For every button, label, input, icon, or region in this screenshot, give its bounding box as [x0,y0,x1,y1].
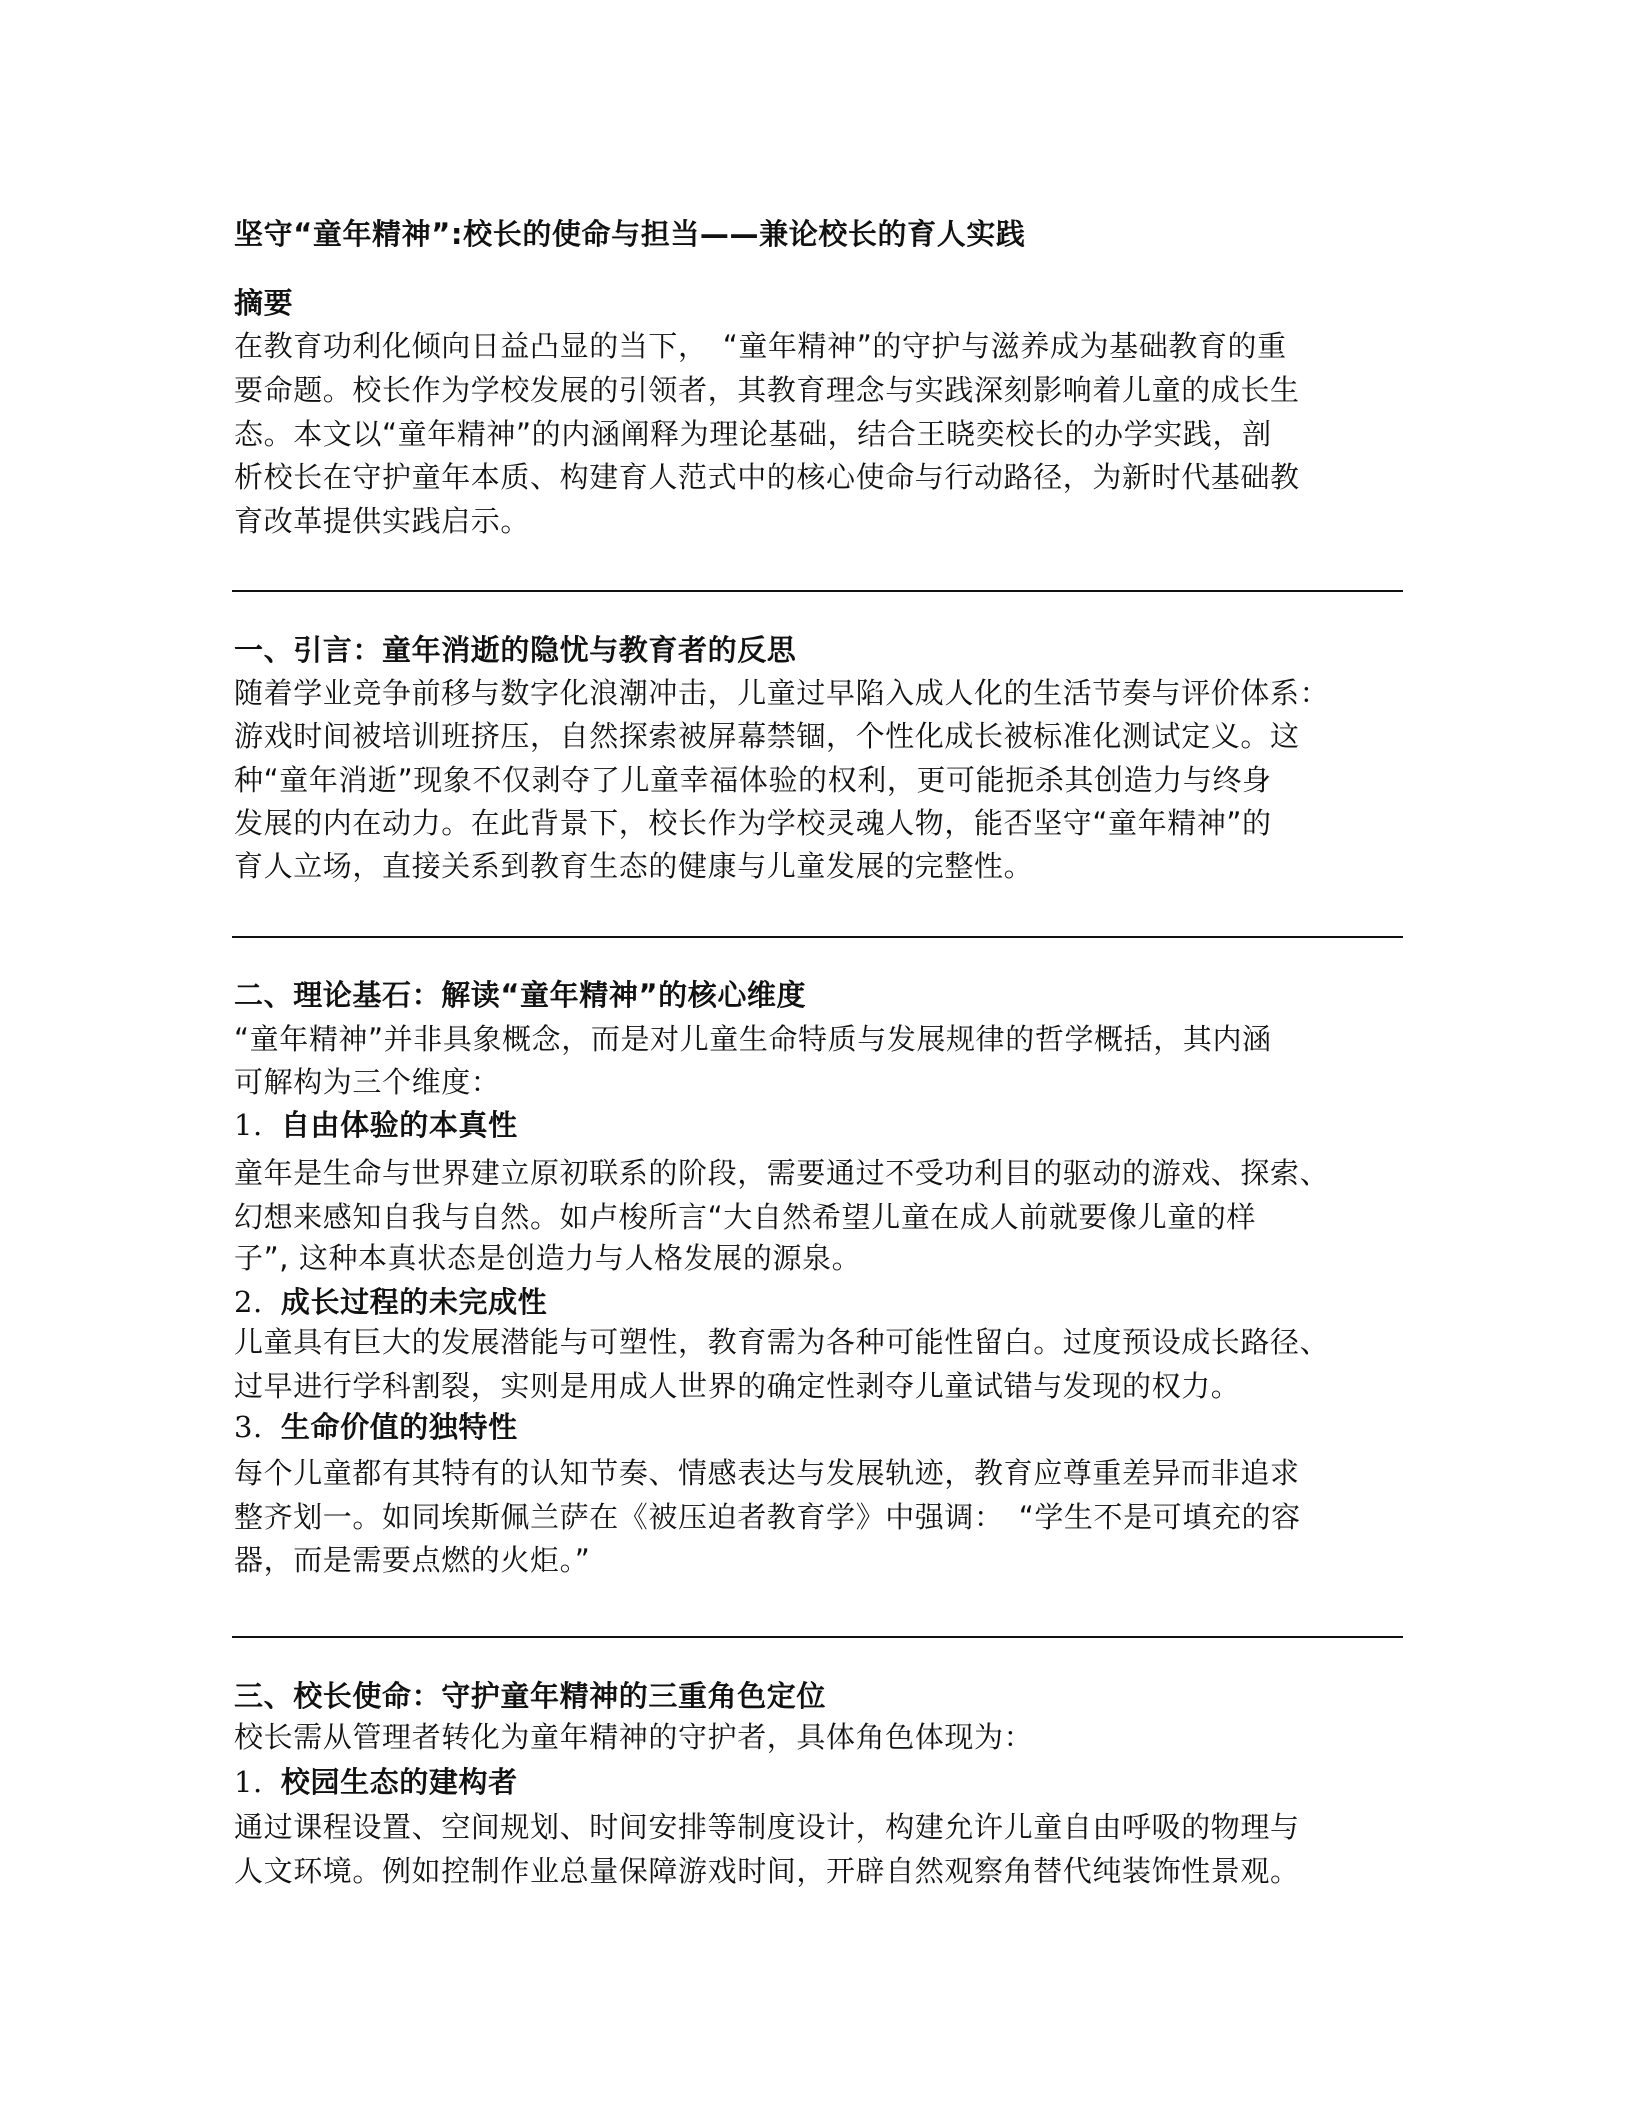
section3-intro-line: 校长需从管理者转化为童年精神的守护者，具体角色体现为： [234,1719,1414,1755]
section3-item-line: 人文环境。例如控制作业总量保障游戏时间，开辟自然观察角替代纯装饰性景观。 [234,1853,1414,1889]
section1-heading: 一、引言：童年消逝的隐忧与教育者的反思 [234,632,1414,668]
abstract-heading: 摘要 [234,285,1414,321]
document-page: 坚守“童年精神”:校长的使命与担当——兼论校长的育人实践 摘要 在教育功利化倾向… [0,0,1631,2112]
section2-item-heading: 1.自由体验的本真性 [234,1107,1414,1143]
section2-intro-line: “童年精神”并非具象概念，而是对儿童生命特质与发展规律的哲学概括，其内涵 [234,1021,1414,1057]
section2-item-line: 整齐划一。如同埃斯佩兰萨在《被压迫者教育学》中强调： “学生不是可填充的容 [234,1499,1414,1535]
item-title: 校园生态的建构者 [281,1765,518,1799]
section2-item-heading: 3.生命价值的独特性 [234,1409,1414,1445]
abstract-line: 育改革提供实践启示。 [234,503,1414,539]
abstract-line: 在教育功利化倾向日益凸显的当下， “童年精神”的守护与滋养成为基础教育的重 [234,328,1414,364]
abstract-line: 态。本文以“童年精神”的内涵阐释为理论基础，结合王晓奕校长的办学实践，剖 [234,416,1414,452]
item-number: 3. [234,1410,263,1444]
section2-item-heading: 2.成长过程的未完成性 [234,1284,1414,1320]
section2-item-line: 儿童具有巨大的发展潜能与可塑性，教育需为各种可能性留白。过度预设成长路径、 [234,1324,1414,1360]
section3-item-heading: 1.校园生态的建构者 [234,1764,1414,1800]
section2-item-line: 器，而是需要点燃的火炬。” [234,1542,1414,1578]
abstract-line: 析校长在守护童年本质、构建育人范式中的核心使命与行动路径，为新时代基础教 [234,459,1414,495]
item-number: 1. [234,1765,263,1799]
item-number: 2. [234,1285,263,1319]
section2-intro-line: 可解构为三个维度： [234,1064,1414,1100]
section2-heading: 二、理论基石：解读“童年精神”的核心维度 [234,977,1414,1013]
section1-line: 种“童年消逝”现象不仅剥夺了儿童幸福体验的权利，更可能扼杀其创造力与终身 [234,762,1414,798]
section1-line: 游戏时间被培训班挤压，自然探索被屏幕禁锢，个性化成长被标准化测试定义。这 [234,718,1414,754]
item-title: 生命价值的独特性 [281,1410,518,1444]
section-divider [232,1636,1403,1638]
item-title: 自由体验的本真性 [281,1108,518,1142]
section1-line: 发展的内在动力。在此背景下，校长作为学校灵魂人物，能否坚守“童年精神”的 [234,805,1414,841]
section1-line: 随着学业竞争前移与数字化浪潮冲击，儿童过早陷入成人化的生活节奏与评价体系： [234,675,1414,711]
section2-item-line: 过早进行学科割裂，实则是用成人世界的确定性剥夺儿童试错与发现的权力。 [234,1368,1414,1404]
section2-item-line: 子”, 这种本真状态是创造力与人格发展的源泉。 [234,1240,1414,1276]
section2-item-line: 童年是生命与世界建立原初联系的阶段，需要通过不受功利目的驱动的游戏、探索、 [234,1155,1414,1191]
section2-item-line: 每个儿童都有其特有的认知节奏、情感表达与发展轨迹，教育应尊重差异而非追求 [234,1455,1414,1491]
abstract-line: 要命题。校长作为学校发展的引领者，其教育理念与实践深刻影响着儿童的成长生 [234,372,1414,408]
document-title: 坚守“童年精神”:校长的使命与担当——兼论校长的育人实践 [234,216,1414,252]
section3-item-line: 通过课程设置、空间规划、时间安排等制度设计，构建允许儿童自由呼吸的物理与 [234,1809,1414,1845]
section-divider [232,590,1403,592]
section-divider [232,936,1403,938]
item-number: 1. [234,1108,263,1142]
section2-item-line: 幻想来感知自我与自然。如卢梭所言“大自然希望儿童在成人前就要像儿童的样 [234,1199,1414,1235]
section1-line: 育人立场，直接关系到教育生态的健康与儿童发展的完整性。 [234,848,1414,884]
section3-heading: 三、校长使命：守护童年精神的三重角色定位 [234,1678,1414,1714]
item-title: 成长过程的未完成性 [281,1285,547,1319]
